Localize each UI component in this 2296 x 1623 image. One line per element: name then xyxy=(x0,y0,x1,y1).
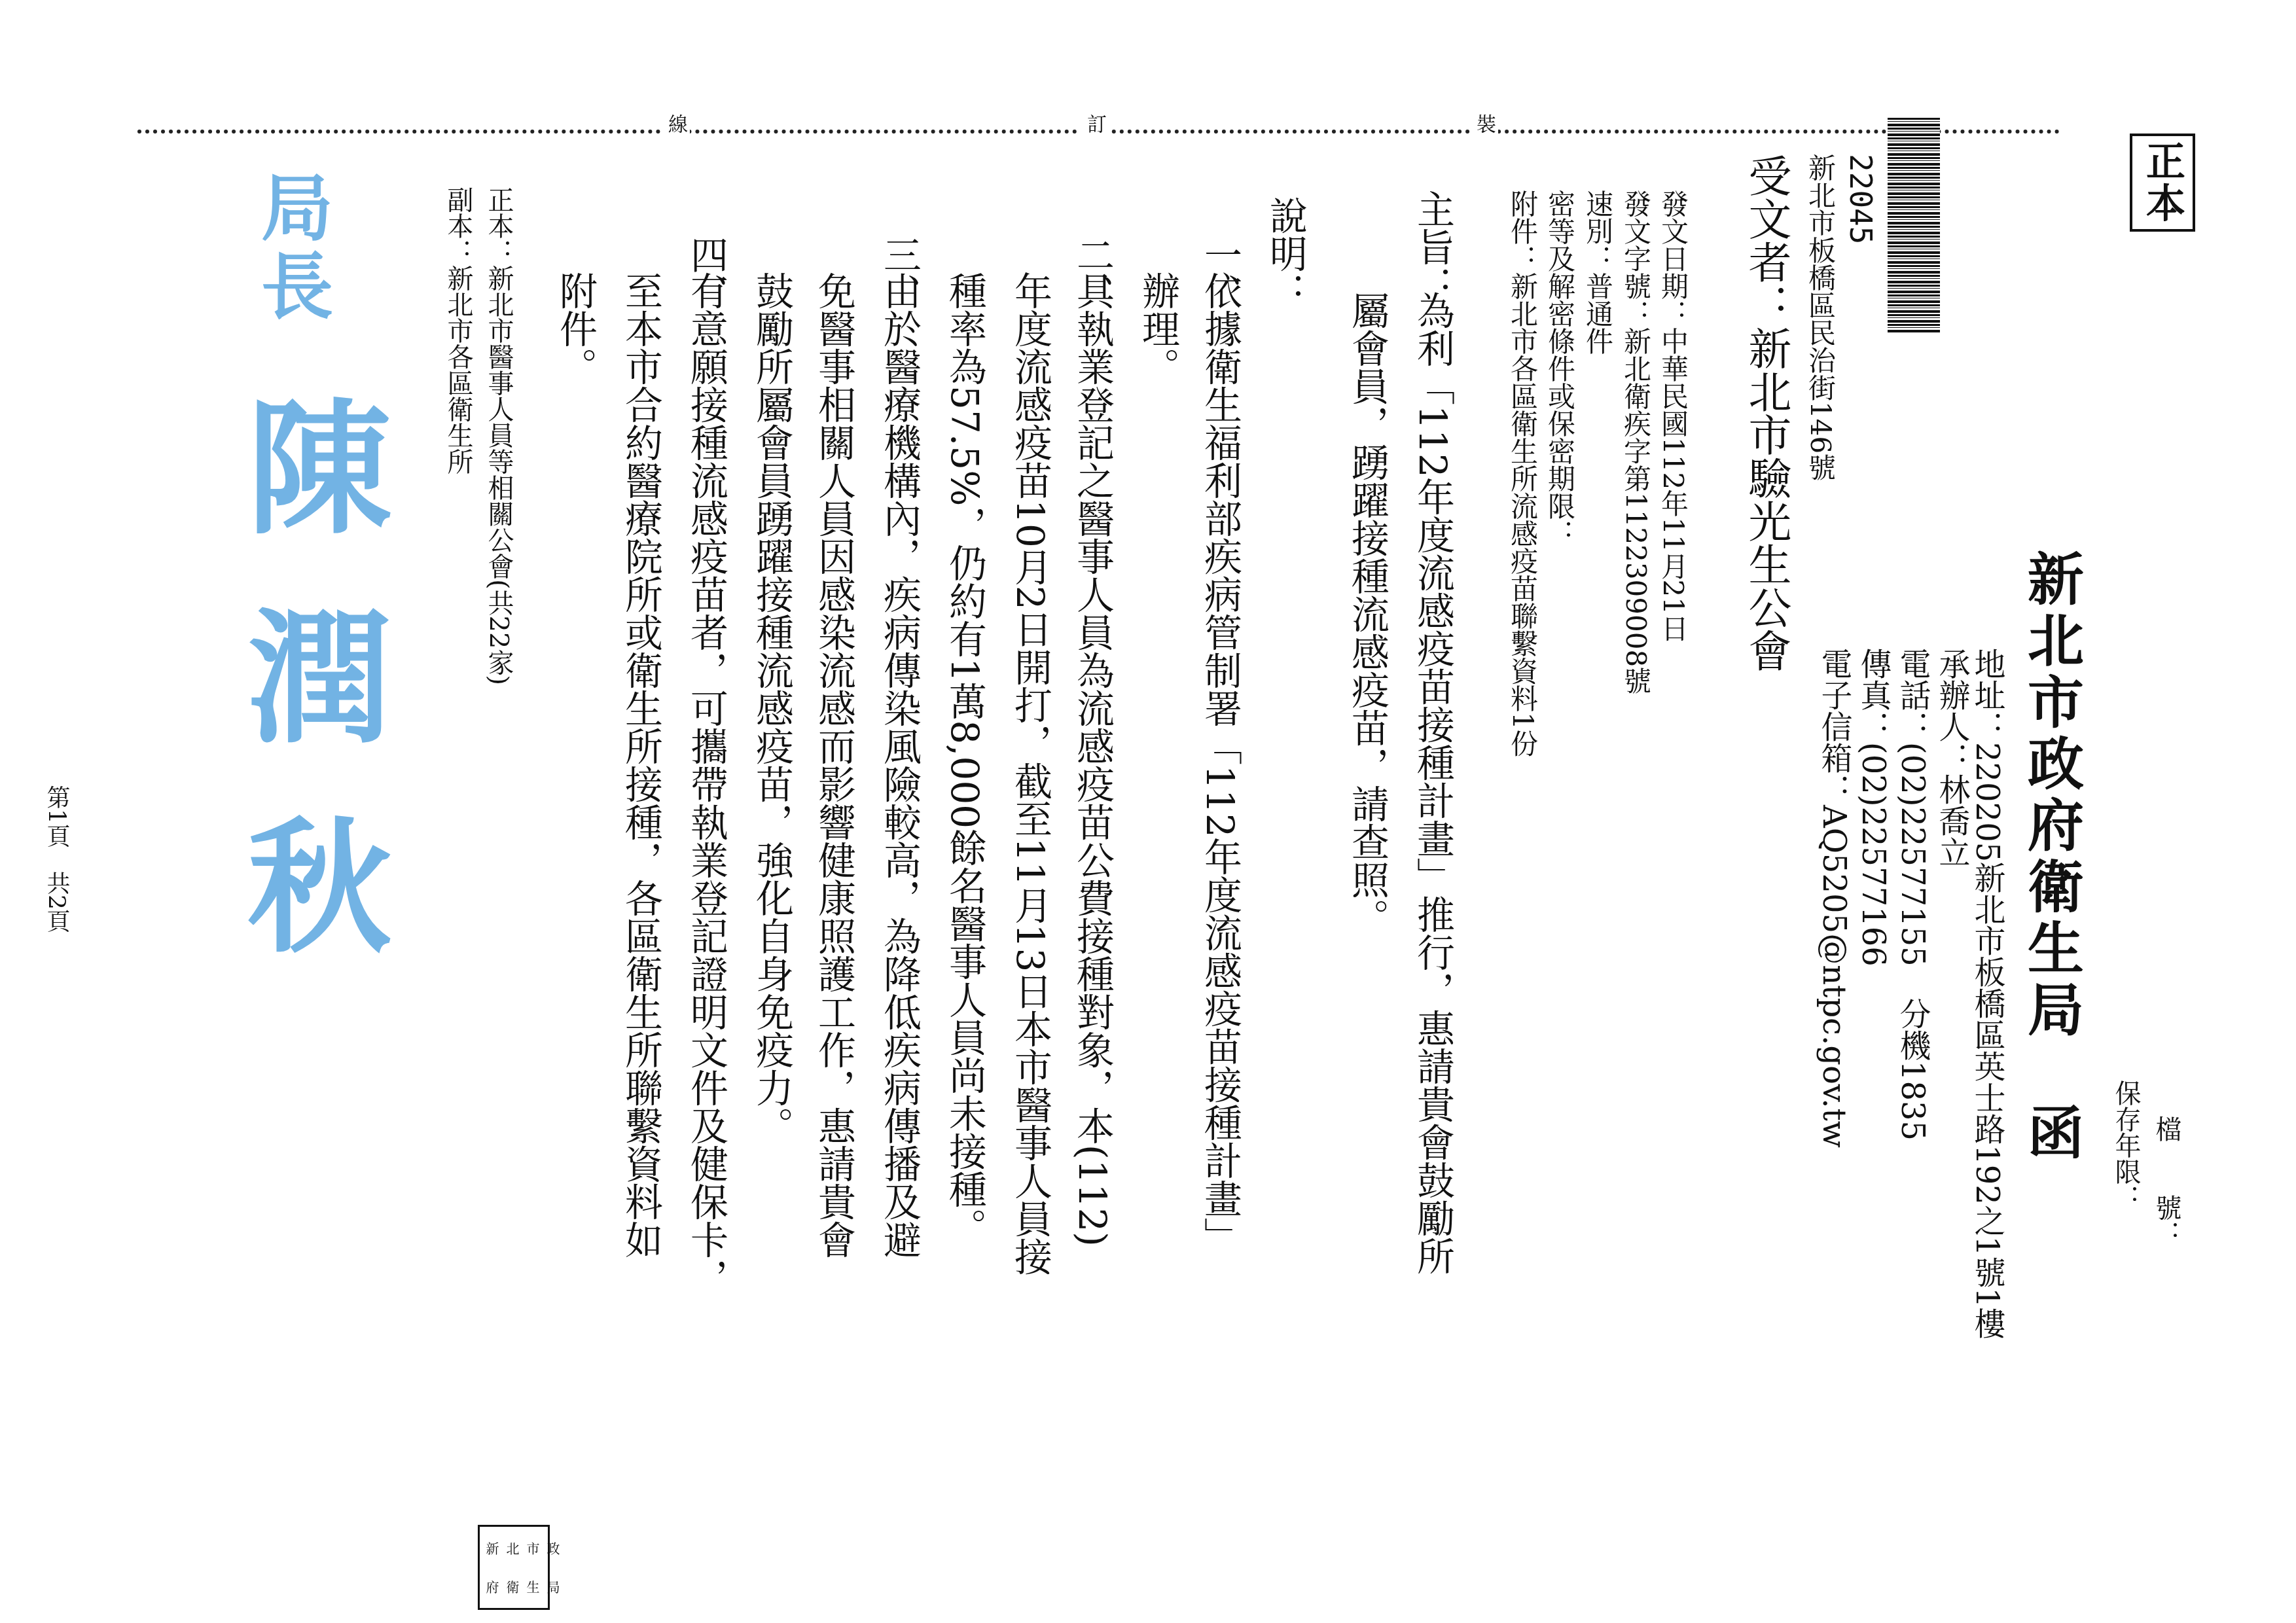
item-4-line-2: 至本市合約醫療院所或衛生所接種，各區衛生所聯繫資料如 xyxy=(622,272,660,1258)
distribution-original: 正本：新北市醫事人員等相關公會(共22家) xyxy=(486,187,512,685)
seal-char: 局 xyxy=(543,1568,562,1605)
item-1-line-1: 依據衛生福利部疾病管制署「112年度流感疫苗接種計畫」 xyxy=(1201,272,1239,1255)
seal-char: 北 xyxy=(503,1529,522,1567)
official-seal: 新 北 市 政 府 衛 生 局 xyxy=(478,1525,550,1610)
item-3-line-1: 由於醫療機構內，疾病傳染風險較高，為降低疾病傳播及避 xyxy=(880,272,918,1258)
sender-email: 電子信箱：AQ5205@ntpc.gov.tw xyxy=(1818,648,1850,1148)
contact-person: 承辦人：林喬立 xyxy=(1936,648,1967,868)
recipient-address: 新北市板橋區民治街146號 xyxy=(1806,154,1834,481)
explanation-label: 說明： xyxy=(1266,196,1304,310)
item-3-line-3: 鼓勵所屬會員踴躍接種流感疫苗，強化自身免疫力。 xyxy=(753,272,791,1145)
seal-char: 衛 xyxy=(503,1568,522,1605)
subject-line-1: 為利「112年度流感疫苗接種計畫」推行，惠請貴會鼓勵所 xyxy=(1414,291,1452,1275)
item-4-line-3: 附件。 xyxy=(556,272,594,385)
binding-mark-xian: 線 xyxy=(661,111,690,136)
sender-phone: 電話：(02)22577155 分機1835 xyxy=(1897,648,1928,1141)
item-2-line-3: 種率為57.5%，仍約有1萬8,000餘名醫事人員尚未接種。 xyxy=(946,272,984,1246)
attachment-info: 附件：新北市各區衛生所流感疫苗聯繫資料1份 xyxy=(1509,190,1536,757)
barcode xyxy=(1888,118,1940,334)
item-2-line-2: 年度流感疫苗10月2日開打，截至11月13日本市醫事人員接 xyxy=(1011,272,1049,1275)
document-number: 發文字號：新北衛疾字第1122309008號 xyxy=(1622,190,1649,694)
distribution-copy: 副本：新北市各區衛生所 xyxy=(445,187,471,474)
issue-date: 發文日期：中華民國112年11月21日 xyxy=(1659,190,1687,642)
page-info: 第1頁 共2頁 xyxy=(45,785,68,933)
original-copy-label: 正本 xyxy=(2134,141,2191,224)
subject-line-2: 屬會員，踴躍接種流感疫苗，請查照。 xyxy=(1348,291,1386,936)
recipient-postal-code: 22045 xyxy=(1846,154,1876,244)
seal-char: 生 xyxy=(523,1568,542,1605)
item-1-line-2: 辦理。 xyxy=(1139,272,1177,385)
subject-label: 主旨： xyxy=(1414,190,1452,304)
seal-char: 市 xyxy=(523,1529,542,1567)
delivery-speed: 速別：普通件 xyxy=(1584,190,1611,355)
signature-name-stamp: 陳潤秋 xyxy=(236,393,380,1021)
sender-address: 地址：220205新北市板橋區英士路192之1號1樓 xyxy=(1971,648,2003,1339)
signature-title: 局長 xyxy=(255,170,327,327)
item-3-line-2: 免醫事相關人員因感染流感而影響健康照護工作，惠請貴會 xyxy=(815,272,853,1258)
original-copy-stamp: 正本 xyxy=(2130,134,2195,232)
seal-char: 府 xyxy=(482,1568,501,1605)
seal-char: 新 xyxy=(482,1529,501,1567)
file-number-label: 檔 號： xyxy=(2153,1116,2179,1247)
item-2-line-1: 具執業登記之醫事人員為流感疫苗公費接種對象，本(112) xyxy=(1073,272,1111,1247)
retention-label: 保存年限： xyxy=(2113,1080,2139,1211)
binding-mark-zhuang: 裝 xyxy=(1469,111,1498,136)
sender-title: 新北市政府衛生局 函 xyxy=(2022,550,2079,1165)
security-level: 密等及解密條件或保密期限： xyxy=(1546,190,1573,547)
item-4-line-1: 有意願接種流感疫苗者，可攜帶執業登記證明文件及健保卡， xyxy=(687,272,725,1296)
sender-fax: 傳真：(02)22577166 xyxy=(1857,648,1889,967)
seal-char: 政 xyxy=(543,1529,562,1567)
binding-mark-ding: 訂 xyxy=(1080,111,1109,136)
recipient-name: 受文者：新北市驗光生公會 xyxy=(1744,154,1787,672)
